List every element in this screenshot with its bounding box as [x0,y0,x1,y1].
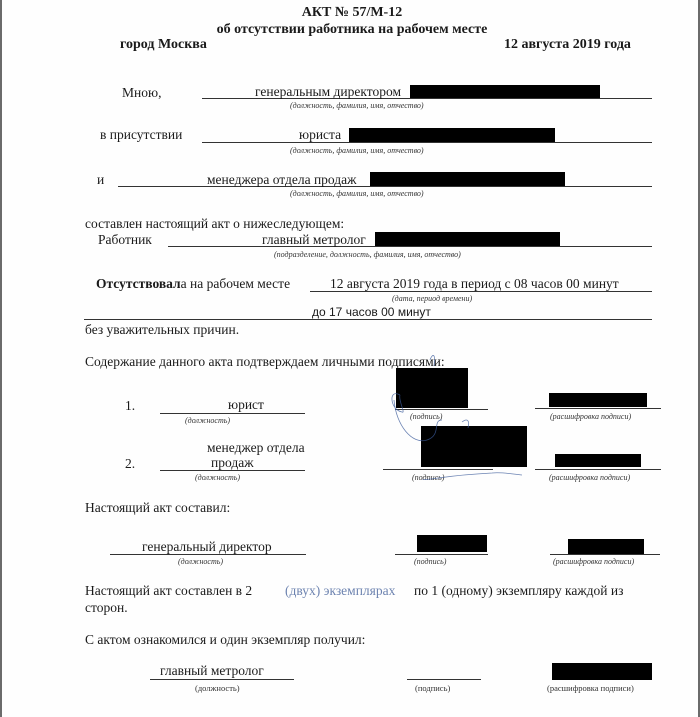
acknowledged-signature-underline [407,679,481,680]
redacted-name [410,85,600,98]
signer-2-position-line2: продаж [211,455,254,471]
compiled-position: генеральный директор [142,539,272,555]
and-label: и [97,172,104,188]
copies-part2: по 1 (одному) экземпляру каждой из [414,583,623,599]
presence-hint: (должность, фамилия, имя, отчество) [290,146,424,156]
intro-text: составлен настоящий акт о нижеследующем: [85,216,344,232]
presence-label: в присутствии [100,127,182,143]
redacted-signature [421,426,527,467]
document-page: АКТ № 57/М-12 об отсутствии работника на… [0,0,700,717]
signer-1-number: 1. [125,398,135,414]
compiled-signature-hint: (подпись) [414,557,446,567]
acknowledged-position-hint: (должность) [195,683,240,693]
employee-value: главный метролог [262,232,366,248]
compiled-decode-underline [550,554,660,555]
act-title: АКТ № 57/М-12 [2,5,700,21]
and-hint: (должность, фамилия, имя, отчество) [290,189,424,199]
absent-label-bold: Отсутствовал [96,276,181,291]
redacted-name [552,663,652,680]
employee-label: Работник [98,232,152,248]
acknowledged-intro: С актом ознакомился и один экземпляр пол… [85,632,365,648]
and-value: менеджера отдела продаж [207,172,356,188]
signer-1-signature-underline [395,409,488,410]
city: город Москва [120,37,207,53]
by-hint: (должность, фамилия, имя, отчество) [290,101,424,111]
acknowledged-position: главный метролог [160,663,264,679]
redacted-signature [396,368,468,408]
redacted-name [555,454,641,467]
signer-2-position-hint: (должность) [195,473,240,483]
absent-label-suffix: а на рабочем месте [181,276,290,291]
signer-2-signature-hint: (подпись) [412,473,444,483]
copies-part1: Настоящий акт составлен в 2 [85,583,252,599]
signer-2-decode-hint: (расшифровка подписи) [549,473,630,483]
compiled-intro: Настоящий акт составил: [85,500,230,516]
redacted-name [568,539,644,554]
presence-underline [202,142,652,143]
redacted-name [375,232,560,246]
absent-until-underline [84,319,652,320]
signer-1-decode-hint: (расшифровка подписи) [550,412,631,422]
signer-1-decode-underline [535,408,661,409]
absent-label: Отсутствовала на рабочем месте [96,276,290,292]
copies-line2: сторон. [85,600,128,616]
redacted-signature [417,535,487,552]
and-underline [118,186,652,187]
redacted-name [549,393,647,407]
signer-2-number: 2. [125,456,135,472]
copies-overwritten: (двух) экземплярах [285,583,395,599]
employee-underline [168,246,652,247]
absent-period: 12 августа 2019 года в период с 08 часов… [330,276,619,292]
signer-1-position-hint: (должность) [185,416,230,426]
redacted-name [349,128,555,142]
act-date: 12 августа 2019 года [504,37,631,53]
acknowledged-position-underline [150,679,294,680]
signer-2-position-line1: менеджер отдела [207,440,305,456]
no-reason-text: без уважительных причин. [85,322,239,338]
by-label: Мною, [122,85,161,101]
compiled-position-hint: (должность) [178,557,223,567]
signer-1-position: юрист [228,397,264,413]
absent-until: до 17 часов 00 минут [312,304,431,320]
by-value: генеральным директором [255,84,401,100]
employee-hint: (подразделение, должность, фамилия, имя,… [274,250,461,260]
signer-2-position-underline [160,470,305,471]
signer-1-signature-hint: (подпись) [410,412,442,422]
signer-2-decode-underline [535,469,661,470]
acknowledged-decode-hint: (расшифровка подписи) [547,683,634,693]
redacted-name [370,172,565,186]
acknowledged-signature-hint: (подпись) [415,683,450,693]
presence-value: юриста [299,127,341,143]
signer-2-signature-underline [383,469,493,470]
confirmation-intro: Содержание данного акта подтверждаем лич… [85,354,445,370]
compiled-decode-hint: (расшифровка подписи) [553,557,634,567]
compiled-signature-underline [395,554,488,555]
absent-hint: (дата, период времени) [392,294,472,304]
act-subtitle: об отсутствии работника на рабочем месте [2,22,700,38]
signer-1-position-underline [160,413,305,414]
